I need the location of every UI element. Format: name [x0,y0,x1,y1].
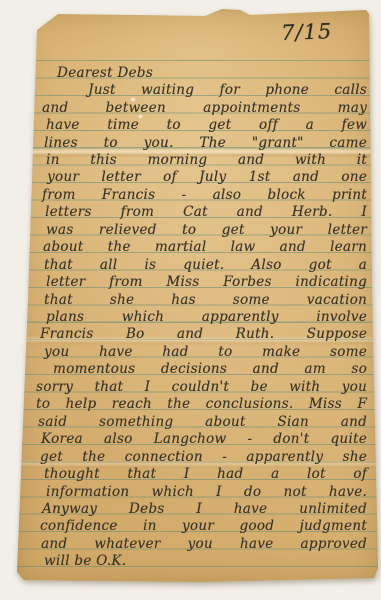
letter-line: will be O.K. [44,553,126,570]
letter-line: to help reach the conclusions. Miss F [36,396,367,413]
letter-line: letters from Cat and Herb. I [45,204,367,221]
letter-line: Francis Bo and Ruth. Suppose [40,326,367,343]
letter-line: momentous decisions and am so [53,361,367,378]
letter-line: your letter of July 1st and one [47,169,367,186]
letter-line: thought that I had a lot of [44,466,367,483]
letter-line: and between appointments may [42,100,367,117]
letter-line: in this morning and with it [46,152,367,169]
letter-photo: 7/15 Dearest DebsJust waiting for phone … [0,0,381,600]
letter-line: Just waiting for phone calls [88,82,367,99]
paper-shadow-wrap: 7/15 Dearest DebsJust waiting for phone … [0,0,381,600]
letter-line: that she has some vacation [44,292,367,309]
letter-line: letter from Miss Forbes indicating [46,274,367,291]
letter-line: said something about Sian and [38,414,367,431]
letter-line: information which I do not have. [46,484,367,501]
letter-line: plans which apparently involve [46,309,367,326]
letter-line: Korea also Langchow - don't quite [41,431,367,448]
letter-line: confidence in your good judgment [40,518,367,535]
letter-line: sorry that I couldn't be with you [36,379,367,396]
letter-body: Dearest DebsJust waiting for phone calls… [15,8,381,586]
letter-line: from Francis - also block print [42,187,367,204]
letter-line: get the connection - apparently she [40,449,367,466]
letter-line: about the martial law and learn [43,239,367,256]
letter-line: Anyway Debs I have unlimited [42,501,367,518]
letter-line: Dearest Debs [57,65,153,82]
letter-line: that all is quiet. Also got a [44,257,367,274]
letter-paper: 7/15 Dearest DebsJust waiting for phone … [15,8,381,586]
letter-line: lines to you. The "grant" came [44,135,367,152]
letter-line: was relieved to get your letter [46,222,367,239]
letter-line: have time to get off a few [46,117,367,134]
letter-line: and whatever you have approved [41,536,367,553]
letter-line: you have had to make some [44,344,367,361]
